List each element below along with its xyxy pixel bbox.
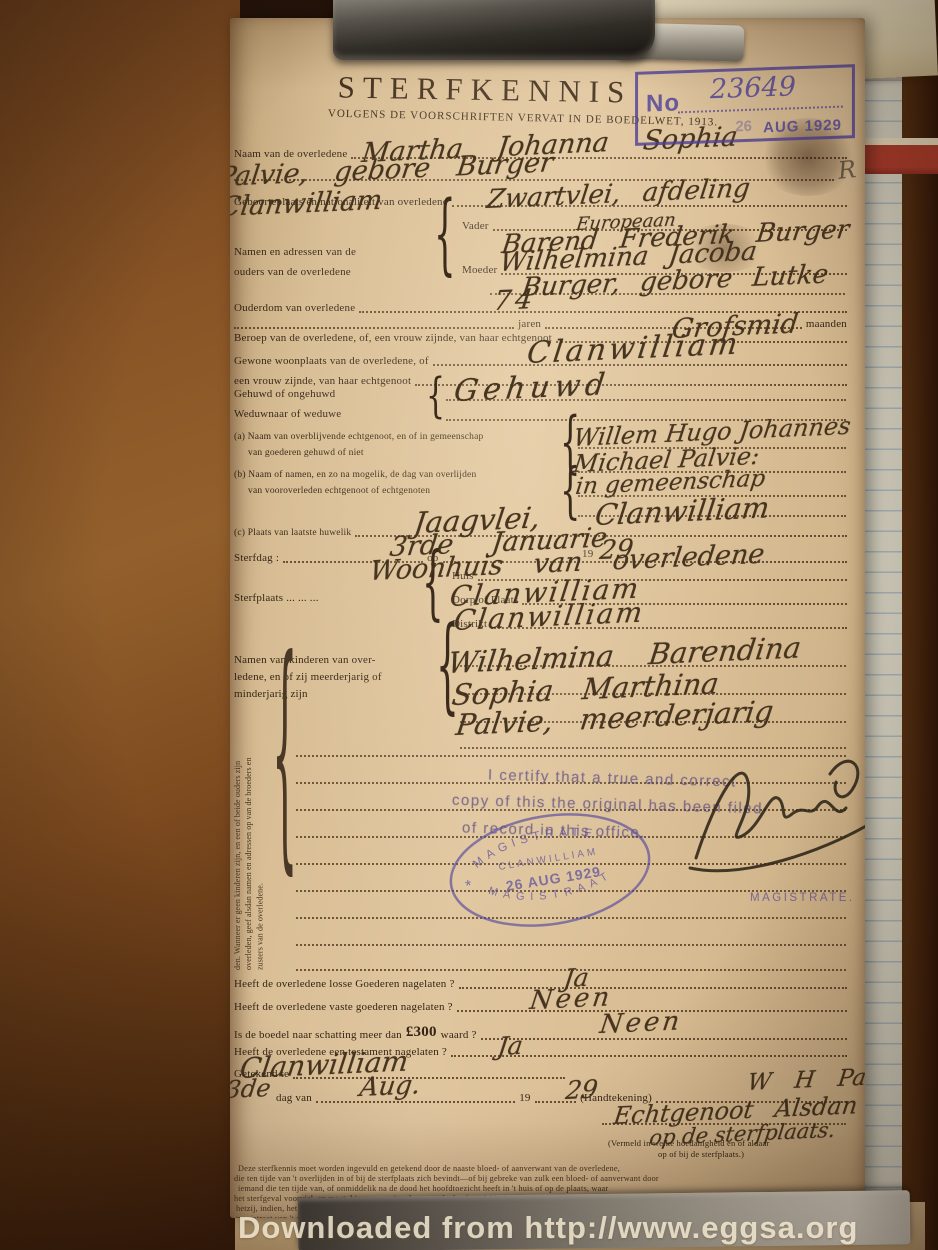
field-beroep-label: Beroep van de overledene, of, een vrouw … [234, 332, 552, 344]
hw-datum-year: 29 [564, 1074, 600, 1105]
red-paper-edge [862, 138, 938, 174]
dotted-line [459, 984, 847, 989]
stamp-date: AUG 1929 [763, 117, 842, 137]
field-a-label-2: van goederen gehuwd of niet [248, 448, 364, 458]
stamp-no-label: No [646, 89, 680, 118]
clipboard-clip-top [333, 0, 655, 60]
fineprint-line-3: iemand die ten tijde van, of onmiddelik … [238, 1184, 608, 1193]
hw-datum-day: 3de [230, 1074, 273, 1104]
field-vaste-label: Heeft de overledene vaste goederen nagel… [234, 1001, 453, 1013]
stamp-date-day: 26 [735, 118, 752, 136]
hw-gehuwd: Gehuwd [452, 367, 612, 409]
dotted-line [296, 941, 846, 946]
number-stamp-box: No 23649 26 AUG 1929 [635, 64, 855, 146]
field-moeder-label: Moeder [462, 264, 497, 276]
field-b-label-2: van vooroverleden echtgenoot of echtgeno… [248, 486, 430, 496]
field-ouderdom-label: Ouderdom van overledene [234, 302, 355, 314]
hw-datum-maand: Aug. [358, 1070, 422, 1103]
field-c-label: (c) Plaats van laatste huwelik [234, 528, 351, 538]
brace-blank-block: { [272, 632, 297, 880]
field-sterfplaats-label: Sterfplaats ... ... ... [234, 592, 319, 604]
field-vader-label: Vader [462, 220, 489, 232]
field-kinderen-label-2: ledene, en of zij meerderjarig of [234, 671, 382, 683]
field-gehuwd-label-1: Gehuwd of ongehuwd [234, 388, 335, 400]
pencil-mark-r: R [837, 155, 858, 185]
field-ouders-label-1: Namen en adressen van de [234, 246, 356, 258]
brace-ouders: { [434, 191, 456, 279]
field-boedel-label-2: waard ? [441, 1029, 477, 1041]
signature-scrawl [682, 730, 865, 880]
boedel-amount: £300 [406, 1024, 437, 1041]
fineprint-line-1: Deze sterfkennis moet worden ingevuld en… [238, 1164, 620, 1173]
datum-year-printed: 19 [519, 1092, 530, 1104]
field-gehuwd-label-2: Weduwnaar of weduwe [234, 408, 341, 420]
field-sterfdag-label: Sterfdag : [234, 552, 279, 564]
death-notice-form: A. No. 76 STERFKENNIS VOLGENS DE VOORSCH… [230, 18, 865, 1218]
field-a-label-1: (a) Naam van overblijvende echtgenoot, e… [234, 432, 483, 442]
dotted-line [234, 324, 514, 329]
field-boedel: Is de boedel naar schatting meer dan £30… [234, 1024, 847, 1041]
field-woonplaats-label-2: een vrouw zijnde, van haar echtgenoot [234, 375, 411, 387]
hw-boedel: Neen [598, 1006, 684, 1040]
magistrate-oval-stamp: MAGISTRATE MAGISTRAAT CLANWILLIAM 26 AUG… [442, 804, 658, 938]
dag-van-label: dag van [276, 1092, 312, 1104]
field-kinderen-label-1: Namen van kinderen van over- [234, 654, 376, 666]
hw-ouderdom: 74 [492, 284, 538, 317]
hoedanigheid-caption-2: op of bij de sterfplaats.) [658, 1149, 744, 1159]
watermark: Downloaded from http://www.eggsa.org [238, 1210, 858, 1246]
hw-distrikt: Clanwilliam [452, 595, 646, 637]
maanden-label: maanden [806, 318, 847, 330]
brace-gehuwd: { [426, 373, 445, 421]
field-b-label-1: (b) Naam of namen, en zo na mogelik, de … [234, 470, 476, 480]
field-woonplaats-label-1: Gewone woonplaats van de overledene, of [234, 355, 429, 367]
jaren-label: jaren [518, 318, 541, 330]
stamp-dotted-line [678, 106, 843, 114]
hw-geboorteplaats-2: Clanwilliam [230, 185, 384, 223]
stamp-star: * [464, 878, 473, 896]
fineprint-line-2: die ten tijde van 't overlijden in of bi… [234, 1174, 659, 1183]
clipboard-board [0, 0, 240, 1250]
field-boedel-label-1: Is de boedel naar schatting meer dan [234, 1029, 402, 1041]
stamp-number: 23649 [710, 71, 796, 105]
magistrate-label: MAGISTRATE. [750, 892, 855, 904]
hw-testament: Ja [496, 1031, 525, 1061]
field-losse-label: Heeft de overledene losse Goederen nagel… [234, 978, 455, 990]
field-ouders-label-2: ouders van de overledene [234, 266, 351, 278]
